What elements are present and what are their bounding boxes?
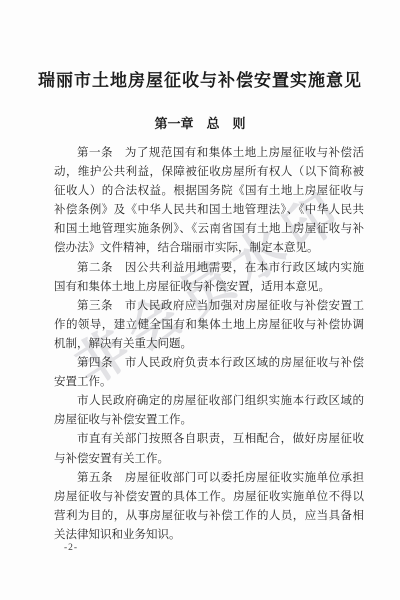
paragraph-article-5: 第五条 房屋征收部门可以委托房屋征收实施单位承担房屋征收与补偿安置的具体工作。房… [54,469,364,545]
document-page: 非会员水印 瑞丽市土地房屋征收与补偿安置实施意见 第一章 总 则 第一条 为了规… [0,0,400,600]
document-title: 瑞丽市土地房屋征收与补偿安置实施意见 [20,70,380,92]
page-number: -2- [64,543,78,553]
document-body: 第一条 为了规范国有和集体土地上房屋征收与补偿活动，维护公共利益，保障被征收房屋… [54,144,364,545]
paragraph-article-4-sub-2: 市直有关部门按照各自职责，互相配合，做好房屋征收与补偿安置有关工作。 [54,430,364,468]
paragraph-article-3: 第三条 市人民政府应当加强对房屋征收与补偿安置工作的领导，建立健全国有和集体土地… [54,297,364,354]
chapter-heading: 第一章 总 则 [0,116,400,132]
paragraph-article-4-sub-1: 市人民政府确定的房屋征收部门组织实施本行政区域的房屋征收与补偿安置工作。 [54,392,364,430]
paragraph-article-2: 第二条 因公共利益用地需要，在本市行政区域内实施国有和集体土地上房屋征收与补偿安… [54,259,364,297]
paragraph-article-1: 第一条 为了规范国有和集体土地上房屋征收与补偿活动，维护公共利益，保障被征收房屋… [54,144,364,259]
paragraph-article-4: 第四条 市人民政府负责本行政区域的房屋征收与补偿安置工作。 [54,354,364,392]
